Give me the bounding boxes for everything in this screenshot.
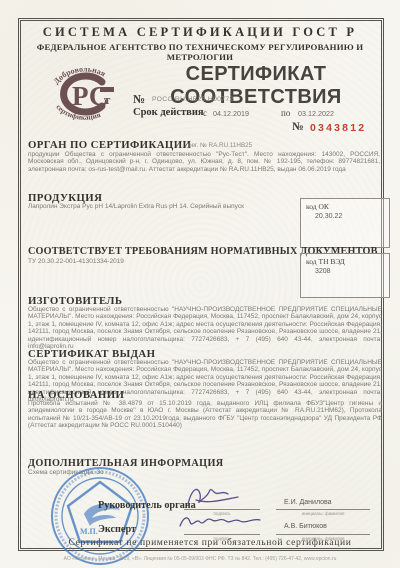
ok-code-value: 20.30.22	[301, 211, 389, 220]
tnved-code-value: 3208	[301, 266, 389, 275]
head-name-line	[276, 509, 370, 510]
rst-logo: Добровольная РС т сертификация	[42, 56, 128, 132]
tnved-code-box: код ТН ВЭД 3208	[300, 253, 390, 298]
round-stamp: М.П.	[36, 462, 168, 566]
head-name: Е.И. Данилова	[284, 499, 332, 506]
validity-from-date: 04.12.2019	[213, 109, 249, 118]
ok-code-label: код ОК	[301, 199, 389, 211]
stamp-mp-label: М.П.	[80, 527, 98, 536]
blank-no-value: 0343812	[310, 122, 366, 134]
validity-to-label: по	[281, 108, 290, 118]
validity-to-date: 03.12.2022	[298, 109, 334, 118]
stamp-icon: М.П.	[36, 462, 168, 566]
logo-main-letters: РС	[72, 81, 108, 111]
expert-sign-line	[184, 534, 260, 535]
manufacturer-body-text: Общество с ограниченной ответственностью…	[28, 306, 382, 350]
org-body-text: продукции Общества с ограниченной ответс…	[28, 151, 380, 173]
blank-no-label: №	[292, 121, 304, 133]
basis-body-text: Протокола испытаний № 38.4879 от 15.10.2…	[28, 400, 382, 430]
system-title: СИСТЕМА СЕРТИФИКАЦИИ ГОСТ Р	[20, 25, 380, 40]
org-section-title: ОРГАН ПО СЕРТИФИКАЦИИ	[28, 139, 191, 151]
tnved-code-label: код ТН ВЭД	[301, 254, 389, 266]
mandatory-certification-note: Сертификат не применяется при обязательн…	[60, 537, 360, 548]
validity-label: Срок действия	[133, 107, 204, 118]
expert-signature-icon	[176, 510, 272, 534]
cert-no-label: №	[133, 92, 145, 107]
head-signature-icon	[182, 484, 268, 510]
product-body-text: Лапролин Экстра Рус pH 14/Laprolin Extra…	[28, 203, 290, 210]
expert-role-label: Эксперт	[98, 524, 136, 535]
org-reg-number: рег. № RA.RU.11HB25	[188, 142, 252, 149]
cert-no-value: РОСС RU.HB25.H00772	[152, 96, 233, 103]
ok-code-box: код ОК 20.30.22	[300, 198, 390, 248]
print-info: АО «Опцион», Москва, 2019, «В». Лицензия…	[0, 556, 400, 562]
head-name-caption: инициалы, фамилия	[276, 511, 370, 516]
expert-name: А.В. Битюков	[284, 523, 327, 530]
validity-from-label: с	[203, 108, 207, 118]
compliance-body-text: ТУ 20.30.22-001-41301334-2019	[28, 258, 290, 265]
logo-small-letter: т	[104, 92, 111, 107]
expert-name-line	[276, 534, 370, 535]
rst-logo-icon: Добровольная РС т сертификация	[42, 56, 128, 132]
